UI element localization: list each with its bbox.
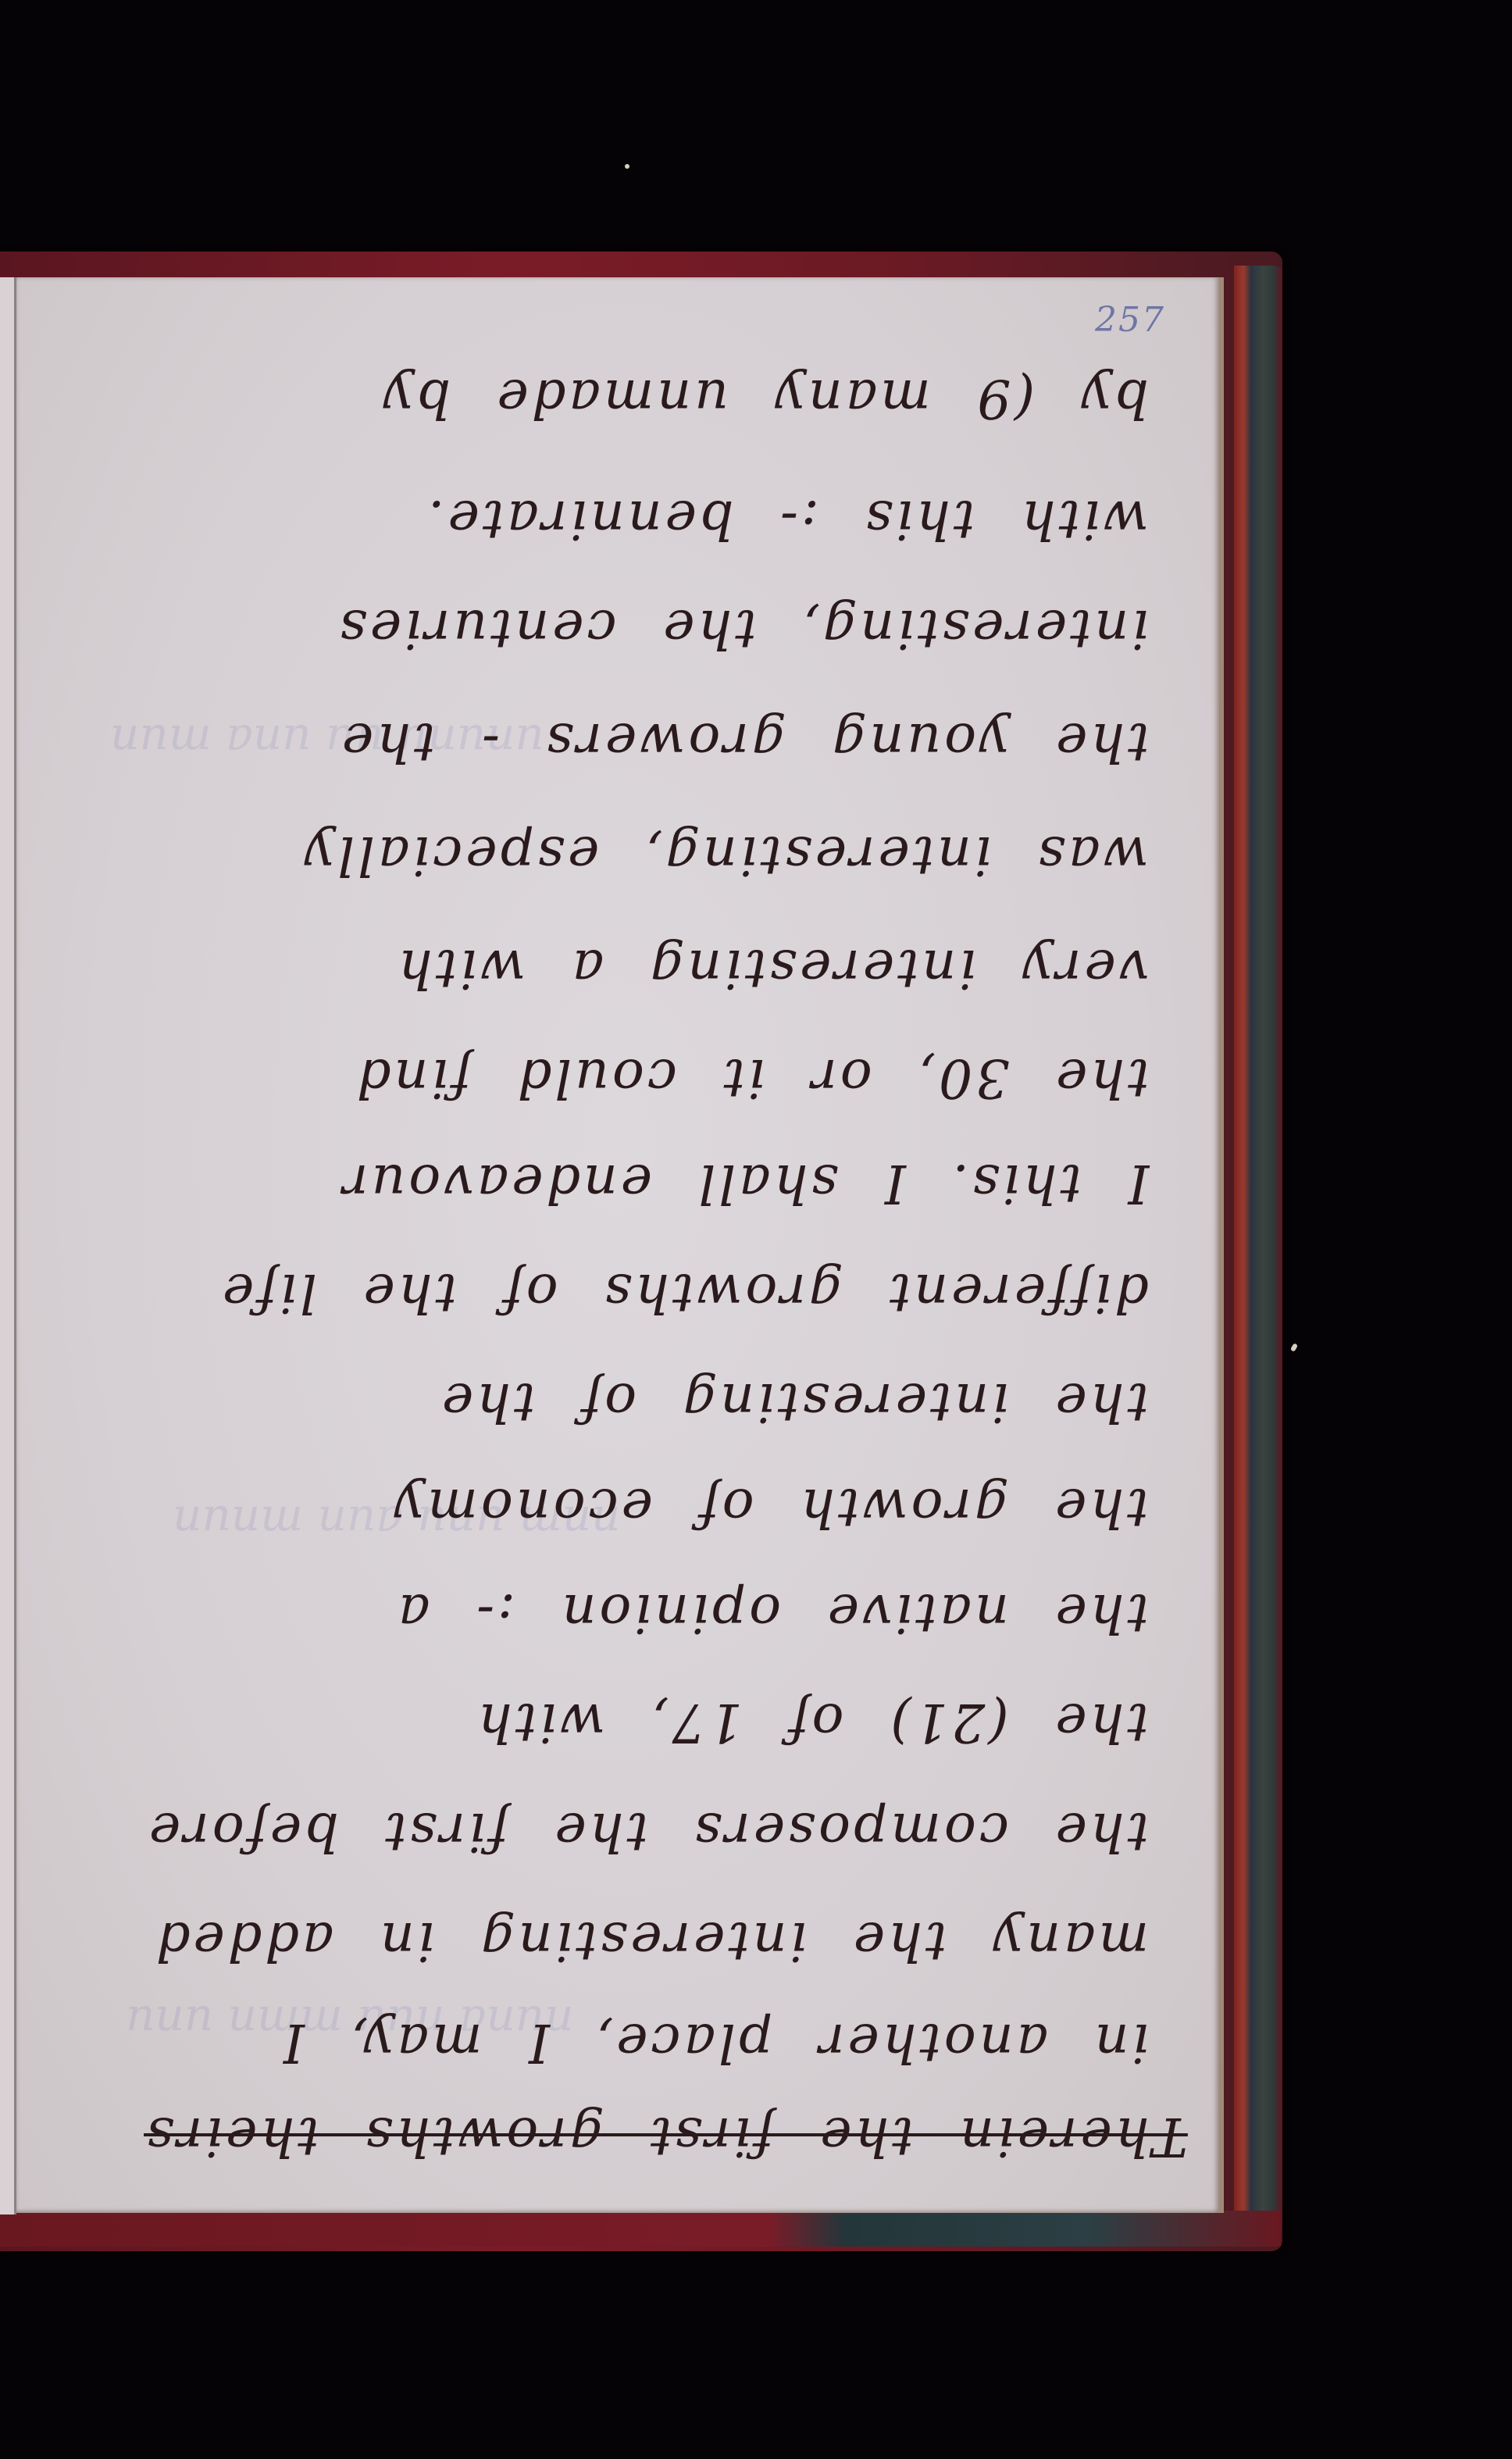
handwritten-line-4: the young growers - the (339, 711, 1149, 773)
handwritten-line-7: the 30, or it could find (354, 1047, 1149, 1108)
handwritten-line-10: the interesting of the (439, 1371, 1149, 1433)
handwritten-line-8: I this. I shall endeavour (340, 1152, 1149, 1214)
struck-through-line: Therein the first growths theirs (144, 2105, 1188, 2167)
marbled-page-edge (1234, 266, 1282, 2234)
handwritten-line-15: many the interesting in added (153, 1910, 1149, 1972)
handwritten-line-2: with this :- bennirate. (425, 488, 1149, 550)
handwritten-line-9: different growths of the life (219, 1262, 1149, 1323)
handwritten-line-16: in another place, I may, I (280, 2011, 1149, 2073)
handwritten-line-1: by (9 many unmade by (380, 367, 1149, 429)
handwritten-line-3: interesting, the centuries (337, 598, 1149, 659)
handwritten-line-14: the composers the first before (146, 1801, 1149, 1862)
bottom-binding-edge (0, 2211, 1281, 2247)
handwritten-line-13: the (21) of 17, with (475, 1691, 1149, 1753)
debris-speck (1290, 1343, 1298, 1352)
handwritten-line-6: very interesting a with (395, 937, 1149, 999)
handwritten-line-11: the growth of economy (391, 1476, 1149, 1538)
page-number: 257 (1095, 300, 1165, 340)
facing-page-edge (0, 277, 16, 2215)
handwritten-line-12: the native opinion :- a (395, 1582, 1149, 1643)
notebook-page: ununu uu una mun nnm unu aun mnun nuna n… (16, 277, 1224, 2213)
handwritten-line-5: was interesting, especially (301, 824, 1149, 886)
debris-speck (625, 164, 629, 169)
